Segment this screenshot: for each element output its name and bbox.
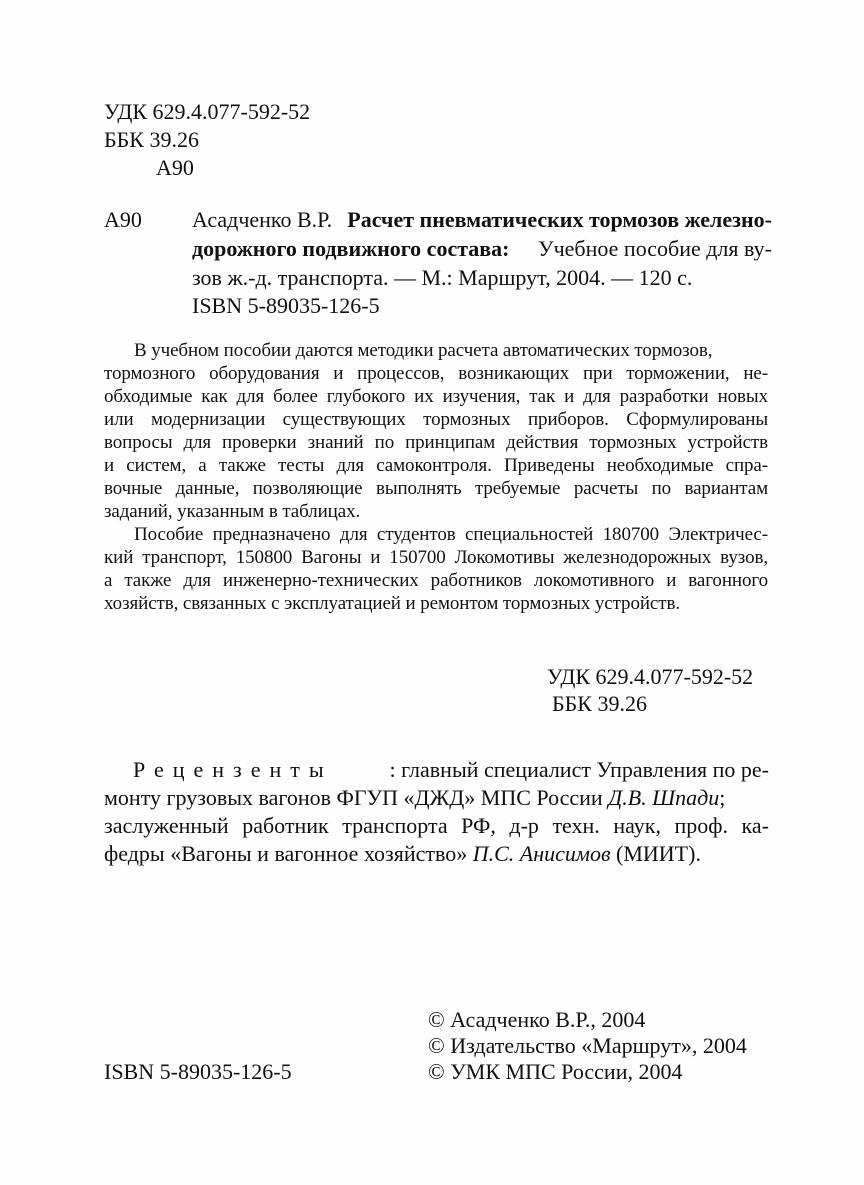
catalog-publication: зов ж.-д. транспорта. — М.: Маршрут, 200… [192, 267, 692, 289]
bbk-code-right: ББК 39.26 [552, 693, 647, 715]
copyright-umk: © УМК МПС России, 2004 [428, 1061, 682, 1083]
catalog-title-part1: Расчет пневматических тормозов железно- [347, 209, 772, 231]
udk-code-right: УДК 629.4.077-592-52 [547, 666, 753, 688]
reviewers-line-4: федры «Вагоны и вагонное хозяйство» П.С.… [104, 843, 701, 865]
catalog-subtitle: Учебное пособие для ву- [538, 238, 772, 260]
annotation-line: вопросы для проверки знаний по принципам… [104, 433, 768, 452]
reviewers-label: Рецензенты [133, 759, 333, 781]
annotation-line: заданий, указанным в таблицах. [104, 502, 360, 521]
annotation-line: и систем, а также тесты для самоконтроля… [104, 456, 768, 475]
bbk-code: ББК 39.26 [104, 129, 199, 151]
annotation-line: Пособие предназначено для студентов спец… [134, 525, 768, 544]
reviewers-line1-rest: : главный специалист Управления по ре- [390, 759, 769, 781]
annotation-line: или модернизации существующих тормозных … [104, 410, 768, 429]
udk-code: УДК 629.4.077-592-52 [104, 101, 310, 123]
catalog-author: Асадченко В.Р. [192, 209, 332, 231]
book-imprint-page: УДК 629.4.077-592-52 ББК 39.26 А90 А90 А… [0, 0, 864, 1185]
copyright-publisher: © Издательство «Маршрут», 2004 [428, 1035, 747, 1057]
annotation-line: хозяйств, связанных с эксплуатацией и ре… [104, 594, 680, 613]
reviewer-name-anisimov: П.С. Анисимов [473, 841, 611, 866]
catalog-mark: А90 [104, 209, 142, 231]
reviewers-line-2: монту грузовых вагонов ФГУП «ДЖД» МПС Ро… [104, 787, 769, 809]
reviewers-line-1: Рецензенты : главный специалист Управлен… [133, 759, 769, 781]
annotation-line: обходимые как для более глубокого их изу… [104, 387, 768, 406]
author-mark: А90 [156, 157, 194, 179]
copyright-author: © Асадченко В.Р., 2004 [428, 1009, 645, 1031]
catalog-isbn: ISBN 5-89035-126-5 [192, 295, 380, 317]
annotation-line: вочные данные, позволяющие выполнять тре… [104, 479, 768, 498]
annotation-line: а также для инженерно-технических работн… [104, 571, 768, 590]
annotation-line: кий транспорт, 150800 Вагоны и 150700 Ло… [104, 548, 768, 567]
catalog-line-2: дорожного подвижного состава: Учебное по… [192, 238, 772, 260]
footer-isbn: ISBN 5-89035-126-5 [104, 1061, 292, 1083]
reviewer-name-shpadi: Д.В. Шпади [608, 785, 719, 810]
reviewers-line-3: заслуженный работник транспорта РФ, д-р … [104, 815, 769, 837]
catalog-title-part2: дорожного подвижного состава: [192, 238, 510, 260]
annotation-line: В учебном пособии даются методики расчет… [134, 341, 768, 360]
annotation-line: тормозного оборудования и процессов, воз… [104, 364, 768, 383]
catalog-line-1: Асадченко В.Р. Расчет пневматических тор… [192, 209, 772, 231]
